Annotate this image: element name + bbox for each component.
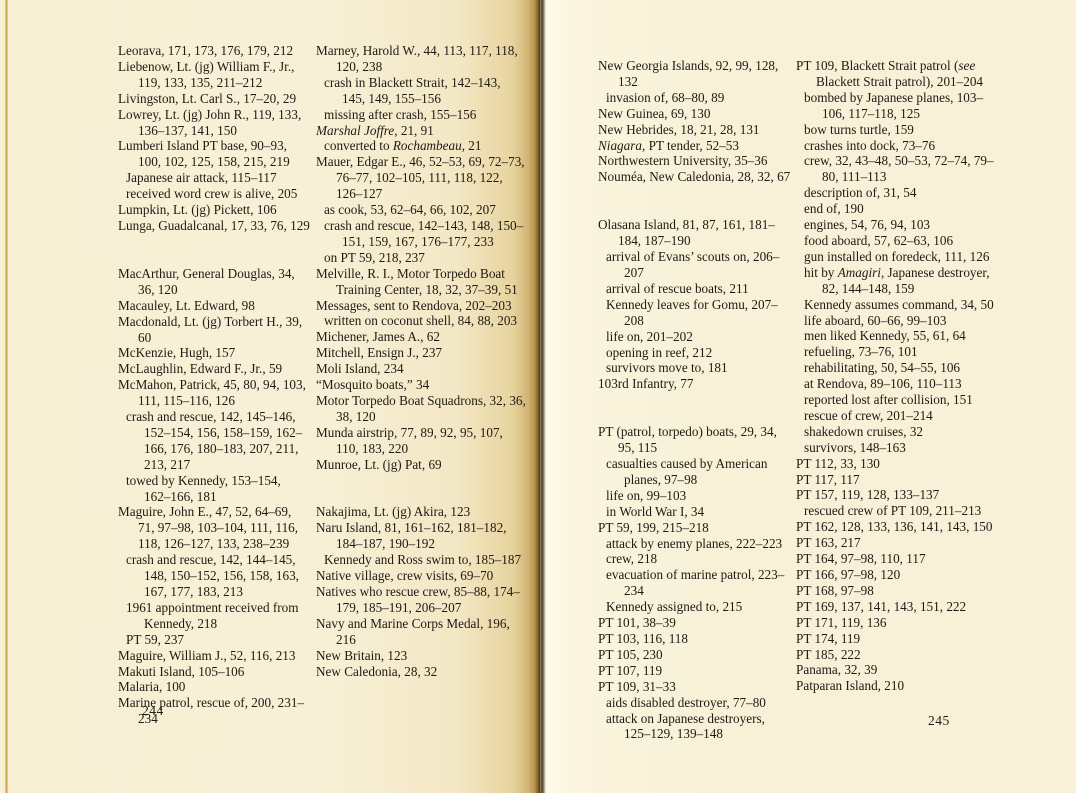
right-page: New Georgia Islands, 92, 99, 128, 132inv… <box>540 0 1076 793</box>
index-column: PT 109, Blackett Strait patrol (see Blac… <box>796 58 996 694</box>
index-entry: Native village, crew visits, 69–70 <box>316 568 526 584</box>
index-subentry: converted to Rochambeau, 21 <box>316 138 526 154</box>
index-entry: Macdonald, Lt. (jg) Torbert H., 39, 60 <box>118 314 310 346</box>
index-entry: Lumberi Island PT base, 90–93, 100, 102,… <box>118 138 310 170</box>
index-entry: PT 162, 128, 133, 136, 141, 143, 150 <box>796 519 996 535</box>
book-spine <box>528 0 546 793</box>
index-entry: PT 107, 119 <box>598 663 794 679</box>
index-subentry: 1961 appointment received from Kennedy, … <box>118 600 310 632</box>
index-subentry: rehabilitating, 50, 54–55, 106 <box>796 360 996 376</box>
index-subentry: gun installed on foredeck, 111, 126 <box>796 249 996 265</box>
index-entry: Naru Island, 81, 161–162, 181–182, 184–1… <box>316 520 526 552</box>
index-subentry: description of, 31, 54 <box>796 185 996 201</box>
index-entry: Lumpkin, Lt. (jg) Pickett, 106 <box>118 202 310 218</box>
index-subentry: aids disabled destroyer, 77–80 <box>598 695 794 711</box>
index-entry: Patparan Island, 210 <box>796 678 996 694</box>
index-subentry: bombed by Japanese planes, 103–106, 117–… <box>796 90 996 122</box>
index-entry: PT 109, Blackett Strait patrol (see Blac… <box>796 58 996 90</box>
index-subentry: attack by enemy planes, 222–223 <box>598 536 794 552</box>
index-subentry: crew, 32, 43–48, 50–53, 72–74, 79–80, 11… <box>796 153 996 185</box>
index-subentry: life on, 99–103 <box>598 488 794 504</box>
index-entry: Livingston, Lt. Carl S., 17–20, 29 <box>118 91 310 107</box>
index-entry: PT 103, 116, 118 <box>598 631 794 647</box>
index-entry: Leorava, 171, 173, 176, 179, 212 <box>118 43 310 59</box>
index-subentry: received word crew is alive, 205 <box>118 186 310 202</box>
index-entry: Makuti Island, 105–106 <box>118 664 310 680</box>
index-entry: PT (patrol, torpedo) boats, 29, 34, 95, … <box>598 424 794 456</box>
index-entry: PT 105, 230 <box>598 647 794 663</box>
index-subentry: rescued crew of PT 109, 211–213 <box>796 503 996 519</box>
index-subentry: engines, 54, 76, 94, 103 <box>796 217 996 233</box>
index-entry: Liebenow, Lt. (jg) William F., Jr., 119,… <box>118 59 310 91</box>
index-entry: Panama, 32, 39 <box>796 662 996 678</box>
index-entry: Macauley, Lt. Edward, 98 <box>118 298 310 314</box>
index-entry: Maguire, William J., 52, 116, 213 <box>118 648 310 664</box>
index-entry: Northwestern University, 35–36 <box>598 153 794 169</box>
index-entry: McKenzie, Hugh, 157 <box>118 345 310 361</box>
index-entry: PT 157, 119, 128, 133–137 <box>796 487 996 503</box>
index-entry: Malaria, 100 <box>118 679 310 695</box>
index-entry: McLaughlin, Edward F., Jr., 59 <box>118 361 310 377</box>
index-subentry: casualties caused by American planes, 97… <box>598 456 794 488</box>
index-entry: PT 101, 38–39 <box>598 615 794 631</box>
index-entry: PT 109, 31–33 <box>598 679 794 695</box>
index-entry: Moli Island, 234 <box>316 361 526 377</box>
index-entry: Maguire, John E., 47, 52, 64–69, 71, 97–… <box>118 504 310 552</box>
index-entry: Natives who rescue crew, 85–88, 174–179,… <box>316 584 526 616</box>
index-subentry: on PT 59, 218, 237 <box>316 250 526 266</box>
index-subentry: Kennedy and Ross swim to, 185–187 <box>316 552 526 568</box>
index-subentry: crash and rescue, 142–143, 148, 150–151,… <box>316 218 526 250</box>
index-subentry: crash and rescue, 142, 144–145, 148, 150… <box>118 552 310 600</box>
index-entry: Melville, R. I., Motor Torpedo Boat Trai… <box>316 266 526 298</box>
index-subentry: Japanese air attack, 115–117 <box>118 170 310 186</box>
index-entry: New Hebrides, 18, 21, 28, 131 <box>598 122 794 138</box>
index-entry: Niagara, PT tender, 52–53 <box>598 138 794 154</box>
letter-group-gap <box>598 392 794 424</box>
index-entry: PT 169, 137, 141, 143, 151, 222 <box>796 599 996 615</box>
index-subentry: bow turns turtle, 159 <box>796 122 996 138</box>
index-entry: Munda airstrip, 77, 89, 92, 95, 107, 110… <box>316 425 526 457</box>
index-entry: 103rd Infantry, 77 <box>598 376 794 392</box>
index-subentry: shakedown cruises, 32 <box>796 424 996 440</box>
index-subentry: reported lost after collision, 151 <box>796 392 996 408</box>
index-subentry: crash and rescue, 142, 145–146, 152–154,… <box>118 409 310 473</box>
index-subentry: evacuation of marine patrol, 223–234 <box>598 567 794 599</box>
index-entry: Marshal Joffre, 21, 91 <box>316 123 526 139</box>
index-entry: Navy and Marine Corps Medal, 196, 216 <box>316 616 526 648</box>
index-subentry: life aboard, 60–66, 99–103 <box>796 313 996 329</box>
left-page: Leorava, 171, 173, 176, 179, 212Liebenow… <box>0 0 540 793</box>
page-number: 245 <box>928 713 950 729</box>
index-subentry: in World War I, 34 <box>598 504 794 520</box>
index-entry: PT 112, 33, 130 <box>796 456 996 472</box>
index-subentry: arrival of Evans’ scouts on, 206–207 <box>598 249 794 281</box>
index-entry: “Mosquito boats,” 34 <box>316 377 526 393</box>
index-entry: MacArthur, General Douglas, 34, 36, 120 <box>118 266 310 298</box>
index-entry: PT 174, 119 <box>796 631 996 647</box>
index-entry: Marney, Harold W., 44, 113, 117, 118, 12… <box>316 43 526 75</box>
index-subentry: Kennedy assigned to, 215 <box>598 599 794 615</box>
index-subentry: crew, 218 <box>598 551 794 567</box>
index-subentry: attack on Japanese destroyers, 125–129, … <box>598 711 794 743</box>
page-number: 244 <box>142 703 164 719</box>
index-entry: Munroe, Lt. (jg) Pat, 69 <box>316 457 526 473</box>
index-subentry: rescue of crew, 201–214 <box>796 408 996 424</box>
index-entry: New Georgia Islands, 92, 99, 128, 132 <box>598 58 794 90</box>
index-subentry: survivors, 148–163 <box>796 440 996 456</box>
index-subentry: PT 59, 237 <box>118 632 310 648</box>
index-subentry: towed by Kennedy, 153–154, 162–166, 181 <box>118 473 310 505</box>
index-entry: PT 59, 199, 215–218 <box>598 520 794 536</box>
index-subentry: life on, 201–202 <box>598 329 794 345</box>
index-entry: New Britain, 123 <box>316 648 526 664</box>
index-subentry: written on coconut shell, 84, 88, 203 <box>316 313 526 329</box>
index-subentry: Kennedy leaves for Gomu, 207–208 <box>598 297 794 329</box>
book-spread: Leorava, 171, 173, 176, 179, 212Liebenow… <box>0 0 1076 793</box>
index-entry: Messages, sent to Rendova, 202–203 <box>316 298 526 314</box>
index-subentry: invasion of, 68–80, 89 <box>598 90 794 106</box>
index-entry: PT 171, 119, 136 <box>796 615 996 631</box>
index-entry: Olasana Island, 81, 87, 161, 181–184, 18… <box>598 217 794 249</box>
letter-group-gap <box>598 185 794 217</box>
index-entry: Lowrey, Lt. (jg) John R., 119, 133, 136–… <box>118 107 310 139</box>
index-entry: Nouméa, New Caledonia, 28, 32, 67 <box>598 169 794 185</box>
index-entry: Motor Torpedo Boat Squadrons, 32, 36, 38… <box>316 393 526 425</box>
index-entry: PT 166, 97–98, 120 <box>796 567 996 583</box>
letter-group-gap <box>118 234 310 266</box>
letter-group-gap <box>316 472 526 504</box>
index-column: Leorava, 171, 173, 176, 179, 212Liebenow… <box>118 43 310 727</box>
index-subentry: Kennedy assumes command, 34, 50 <box>796 297 996 313</box>
index-entry: McMahon, Patrick, 45, 80, 94, 103, 111, … <box>118 377 310 409</box>
index-subentry: crash in Blackett Strait, 142–143, 145, … <box>316 75 526 107</box>
index-subentry: hit by Amagiri, Japanese destroyer, 82, … <box>796 265 996 297</box>
index-entry: Nakajima, Lt. (jg) Akira, 123 <box>316 504 526 520</box>
index-subentry: crashes into dock, 73–76 <box>796 138 996 154</box>
index-subentry: food aboard, 57, 62–63, 106 <box>796 233 996 249</box>
index-subentry: refueling, 73–76, 101 <box>796 344 996 360</box>
index-subentry: missing after crash, 155–156 <box>316 107 526 123</box>
index-column: Marney, Harold W., 44, 113, 117, 118, 12… <box>316 43 526 679</box>
index-entry: New Caledonia, 28, 32 <box>316 664 526 680</box>
index-entry: Lunga, Guadalcanal, 17, 33, 76, 129 <box>118 218 310 234</box>
index-entry: PT 168, 97–98 <box>796 583 996 599</box>
index-subentry: men liked Kennedy, 55, 61, 64 <box>796 328 996 344</box>
index-entry: Mauer, Edgar E., 46, 52–53, 69, 72–73, 7… <box>316 154 526 202</box>
index-subentry: at Rendova, 89–106, 110–113 <box>796 376 996 392</box>
index-entry: PT 117, 117 <box>796 472 996 488</box>
index-entry: New Guinea, 69, 130 <box>598 106 794 122</box>
index-entry: PT 163, 217 <box>796 535 996 551</box>
index-subentry: opening in reef, 212 <box>598 345 794 361</box>
index-subentry: as cook, 53, 62–64, 66, 102, 207 <box>316 202 526 218</box>
index-entry: PT 164, 97–98, 110, 117 <box>796 551 996 567</box>
index-subentry: survivors move to, 181 <box>598 360 794 376</box>
index-subentry: end of, 190 <box>796 201 996 217</box>
index-column: New Georgia Islands, 92, 99, 128, 132inv… <box>598 58 794 742</box>
index-subentry: arrival of rescue boats, 211 <box>598 281 794 297</box>
index-entry: Michener, James A., 62 <box>316 329 526 345</box>
index-entry: PT 185, 222 <box>796 647 996 663</box>
index-entry: Mitchell, Ensign J., 237 <box>316 345 526 361</box>
